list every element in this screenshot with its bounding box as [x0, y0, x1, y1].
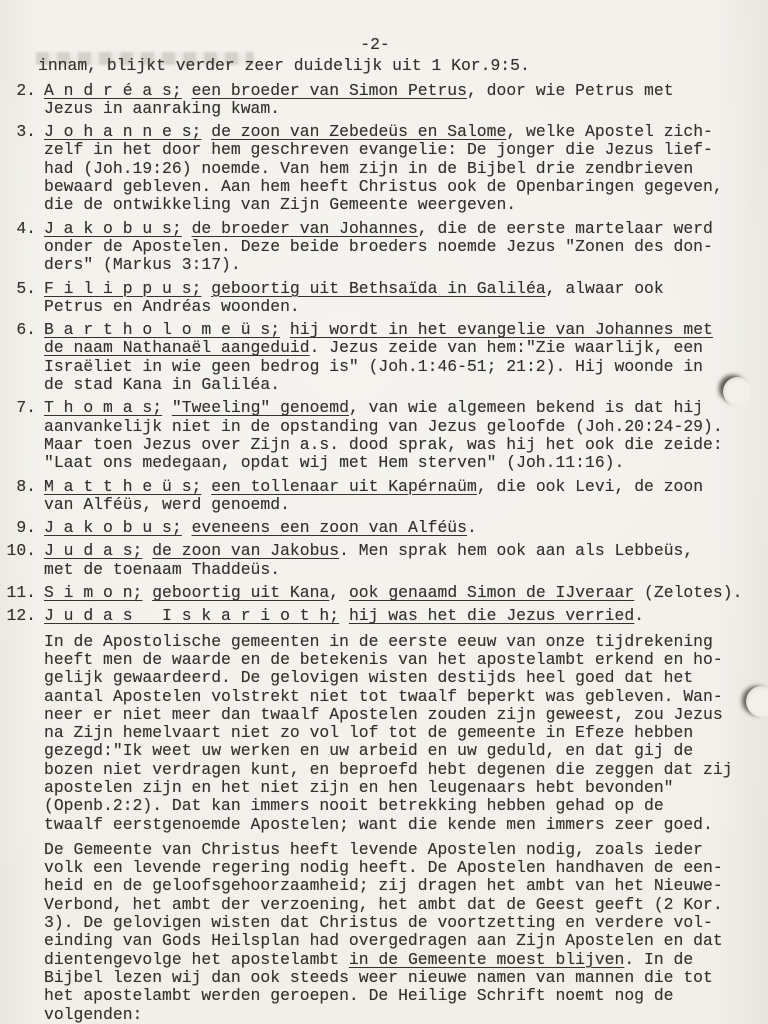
item-number: 8.	[0, 478, 36, 515]
item-number: 12.	[0, 607, 36, 625]
scanned-document-page: -2- innam, blijkt verder zeer duidelijk …	[0, 0, 768, 1024]
underlined-phrase-2: ook genaamd Simon de IJveraar	[349, 583, 634, 602]
item-mid: ,	[329, 583, 349, 602]
paragraph-living-apostles: De Gemeente van Christus heeft levende A…	[44, 841, 760, 1024]
underlined-phrase: "Tweeling" genoemd	[172, 398, 349, 417]
list-item-thomas: 7. T h o m a s; "Tweeling" genoemd, van …	[0, 399, 768, 472]
intro-line: innam, blijkt verder zeer duidelijk uit …	[38, 57, 768, 75]
list-item-johannes: 3. J o h a n n e s; de zoon van Zebedeüs…	[0, 123, 768, 214]
underlined-phrase: eveneens een zoon van Alféüs	[192, 518, 467, 537]
item-text: J u d a s; de zoon van Jakobus. Men spra…	[44, 542, 768, 579]
item-number: 11.	[0, 584, 36, 602]
list-item-filippus: 5. F i l i p p u s; geboortig uit Bethsa…	[0, 280, 768, 317]
underlined-phrase: een tollenaar uit Kapérnaüm	[211, 477, 477, 496]
item-number: 7.	[0, 399, 36, 472]
page-content: -2- innam, blijkt verder zeer duidelijk …	[0, 36, 768, 1024]
underlined-phrase: de zoon van Jakobus	[152, 541, 339, 560]
page-number: -2-	[0, 36, 768, 54]
list-item-simon: 11. S i m o n; geboortig uit Kana, ook g…	[0, 584, 768, 602]
item-number: 2.	[0, 82, 36, 119]
apostle-name: J u d a s;	[44, 541, 142, 560]
item-text: M a t t h e ü s; een tollenaar uit Kapér…	[44, 478, 768, 515]
item-number: 5.	[0, 280, 36, 317]
apostle-name: T h o m a s;	[44, 398, 162, 417]
item-text: J o h a n n e s; de zoon van Zebedeüs en…	[44, 123, 768, 214]
apostle-name: J u d a s I s k a r i o t h;	[44, 606, 339, 625]
item-text: T h o m a s; "Tweeling" genoemd, van wie…	[44, 399, 768, 472]
item-text: J u d a s I s k a r i o t h; hij was het…	[44, 607, 768, 625]
list-item-bartholomeus: 6. B a r t h o l o m e ü s; hij wordt in…	[0, 321, 768, 394]
list-item-andreas: 2. A n d r é a s; een broeder van Simon …	[0, 82, 768, 119]
list-item-judas: 10. J u d a s; de zoon van Jakobus. Men …	[0, 542, 768, 579]
item-text: S i m o n; geboortig uit Kana, ook genaa…	[44, 584, 768, 602]
apostle-name: M a t t h e ü s;	[44, 477, 201, 496]
item-text: J a k o b u s; eveneens een zoon van Alf…	[44, 519, 768, 537]
apostle-name: J a k o b u s;	[44, 219, 182, 238]
item-text: F i l i p p u s; geboortig uit Bethsaïda…	[44, 280, 768, 317]
list-item-jakobus: 4. J a k o b u s; de broeder van Johanne…	[0, 220, 768, 275]
underlined-phrase: de zoon van Zebedeüs en Salome	[211, 122, 506, 141]
apostle-name: S i m o n;	[44, 583, 142, 602]
list-item-mattheus: 8. M a t t h e ü s; een tollenaar uit Ka…	[0, 478, 768, 515]
apostle-name: F i l i p p u s;	[44, 279, 201, 298]
item-number: 10.	[0, 542, 36, 579]
item-number: 9.	[0, 519, 36, 537]
list-item-judas-iskarioth: 12. J u d a s I s k a r i o t h; hij was…	[0, 607, 768, 625]
paragraph-apostolic-congregations: In de Apostolische gemeenten in de eerst…	[44, 633, 760, 834]
item-rest: (Zelotes).	[634, 583, 742, 602]
apostle-name: A n d r é a s;	[44, 81, 182, 100]
item-text: B a r t h o l o m e ü s; hij wordt in he…	[44, 321, 768, 394]
item-text: A n d r é a s; een broeder van Simon Pet…	[44, 82, 768, 119]
item-text: J a k o b u s; de broeder van Johannes, …	[44, 220, 768, 275]
item-number: 3.	[0, 123, 36, 214]
underlined-phrase: geboortig uit Kana	[152, 583, 329, 602]
underlined-phrase: in de Gemeente moest blijven	[349, 950, 624, 969]
item-number: 4.	[0, 220, 36, 275]
apostle-name: B a r t h o l o m e ü s;	[44, 320, 280, 339]
underlined-phrase: hij was het die Jezus verried	[349, 606, 634, 625]
underlined-phrase: de broeder van Johannes	[192, 219, 418, 238]
apostle-name: J o h a n n e s;	[44, 122, 201, 141]
item-number: 6.	[0, 321, 36, 394]
item-rest: .	[467, 518, 477, 537]
list-item-jakobus-2: 9. J a k o b u s; eveneens een zoon van …	[0, 519, 768, 537]
underlined-phrase: een broeder van Simon Petrus	[192, 81, 467, 100]
item-rest: .	[634, 606, 644, 625]
apostle-name: J a k o b u s;	[44, 518, 182, 537]
underlined-phrase: geboortig uit Bethsaïda in Galiléa	[211, 279, 545, 298]
